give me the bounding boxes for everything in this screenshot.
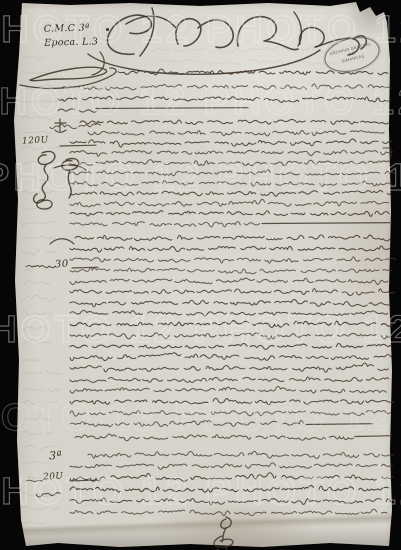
watermark-text: PHOTO 12 PHOTO 12 (0, 471, 401, 513)
watermark-text: PHOTO 12 PHOTO 12 (0, 9, 401, 51)
photo12-watermark-layer: PHOTO 12 PHOTO 12PHOTO 12 PHOTO 12PHOTO … (0, 0, 401, 550)
watermark-text: PHOTO 12 PHOTO 12 (0, 157, 401, 199)
watermark-text: PHOTO 12 PHOTO 12 (0, 309, 401, 351)
watermark-text: PHOTO 12 PHOTO 12 (0, 397, 393, 439)
manuscript-photo: El Rey C.M.C 3ª Epoca. L.3 ARCHIVO GENER… (0, 0, 401, 550)
watermark-text: PHOTO 12 PHOTO 12 (0, 81, 401, 123)
